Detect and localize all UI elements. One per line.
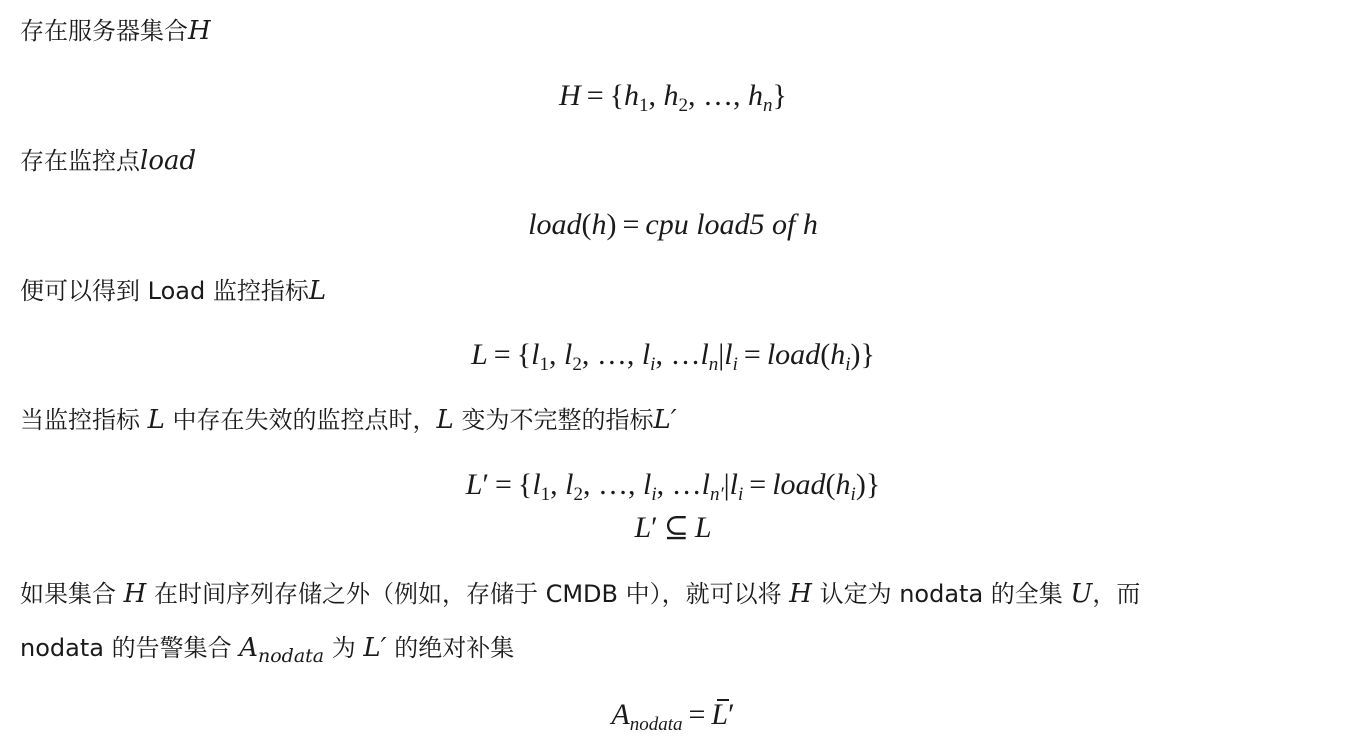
paragraph-universal-set: 如果集合 H 在时间序列存储之外（例如，存储于 CMDB 中），就可以将 H 认…: [20, 578, 1140, 610]
complement-bar: L: [711, 697, 728, 733]
paragraph-incomplete-metric: 当监控指标 L 中存在失效的监控点时，L 变为不完整的指标L′: [20, 404, 677, 436]
inline-math-L: L: [437, 405, 454, 435]
equation-incomplete-set: L′={l1, l2, …, li, …ln′|li=load(hi)}: [0, 467, 1346, 503]
equation-server-set: H={h1, h2, …, hn}: [0, 78, 1346, 114]
paragraph-monitor-point: 存在监控点load: [20, 145, 196, 177]
paragraph-text: 存在监控点: [20, 147, 140, 175]
inline-math-U: U: [1070, 579, 1092, 609]
equation-subset: L′⊆L: [0, 510, 1346, 546]
equation-metric-set: L={l1, l2, …, li, …ln|li=load(hi)}: [0, 337, 1346, 373]
equation-load-definition: load(h)=cpu load5 of h: [0, 207, 1346, 243]
inline-math-H: H: [124, 579, 147, 609]
equation-absolute-complement: Anodata=L′: [0, 697, 1346, 733]
inline-math-L-prime: L′: [363, 633, 386, 663]
inline-math-L-prime: L′: [653, 405, 676, 435]
inline-math-H: H: [188, 16, 211, 46]
paragraph-text: 存在服务器集合: [20, 17, 188, 45]
inline-math-H: H: [789, 579, 812, 609]
inline-math-load: load: [140, 146, 196, 176]
inline-math-L: L: [148, 405, 165, 435]
inline-math-A-nodata: Anodata: [239, 633, 324, 663]
document: 存在服务器集合H H={h1, h2, …, hn} 存在监控点load loa…: [0, 0, 1346, 753]
paragraph-load-metric: 便可以得到 Load 监控指标L: [20, 275, 326, 307]
inline-math-L: L: [309, 276, 326, 306]
paragraph-text: 便可以得到 Load 监控指标: [20, 277, 309, 305]
paragraph-server-set: 存在服务器集合H: [20, 15, 211, 47]
paragraph-alert-set: nodata 的告警集合 Anodata 为 L′ 的绝对补集: [20, 632, 514, 664]
